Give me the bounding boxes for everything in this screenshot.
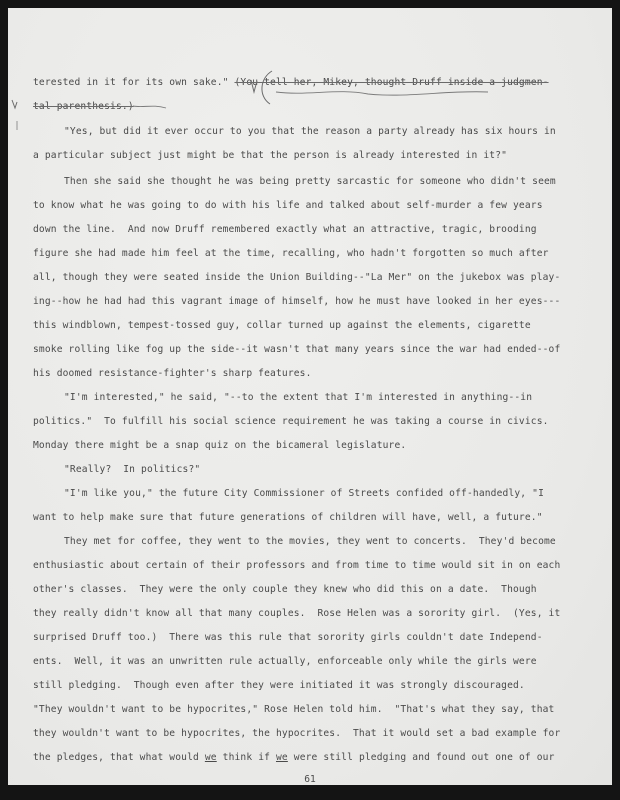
text-line: "I'm interested," he said, "--to the ext… [64, 392, 532, 404]
text-line: "I'm like you," the future City Commissi… [64, 488, 544, 500]
text-line: terested in it for its own sake." (You t… [33, 77, 549, 89]
deleted-passage: (You tell her, Mikey, thought Druff insi… [234, 77, 548, 88]
text-line: ents. Well, it was an unwritten rule act… [33, 656, 537, 668]
underlined-word: we [205, 752, 217, 763]
text-line: down the line. And now Druff remembered … [33, 224, 537, 236]
text-line: this windblown, tempest-tossed guy, coll… [33, 320, 531, 332]
document-page: terested in it for its own sake." (You t… [8, 8, 612, 785]
text-line: tal parenthesis.) [33, 101, 134, 113]
line-text: were still pledging and found out one of… [288, 752, 555, 763]
page-number: 61 [8, 774, 612, 785]
text-line: politics." To fulfill his social science… [33, 416, 549, 428]
deleted-passage-continued: tal parenthesis.) [33, 101, 134, 112]
text-line: surprised Druff too.) There was this rul… [33, 632, 543, 644]
text-line: enthusiastic about certain of their prof… [33, 560, 560, 572]
text-line: they wouldn't want to be hypocrites, the… [33, 728, 560, 740]
text-line: smoke rolling like fog up the side--it w… [33, 344, 560, 356]
underlined-word: we [276, 752, 288, 763]
text-line: they really didn't know all that many co… [33, 608, 560, 620]
line-text: think if [217, 752, 276, 763]
text-line: his doomed resistance-fighter's sharp fe… [33, 368, 312, 380]
text-line: all, though they were seated inside the … [33, 272, 560, 284]
text-line: figure she had made him feel at the time… [33, 248, 549, 260]
text-line: "They wouldn't want to be hypocrites," R… [33, 704, 554, 716]
text-line: Monday there might be a snap quiz on the… [33, 440, 406, 452]
text-line: to know what he was going to do with his… [33, 200, 543, 212]
text-line: "Yes, but did it ever occur to you that … [64, 126, 556, 138]
line-text: the pledges, that what would [33, 752, 205, 763]
text-line: other's classes. They were the only coup… [33, 584, 537, 596]
text-line: Then she said she thought he was being p… [64, 176, 556, 188]
text-line: "Really? In politics?" [64, 464, 200, 476]
text-line: ing--how he had had this vagrant image o… [33, 296, 560, 308]
text-line: a particular subject just might be that … [33, 150, 507, 162]
text-line: They met for coffee, they went to the mo… [64, 536, 556, 548]
text-line: still pledging. Though even after they w… [33, 680, 525, 692]
text-line: the pledges, that what would we think if… [33, 752, 555, 764]
text-line: want to help make sure that future gener… [33, 512, 543, 524]
line-text: terested in it for its own sake." [33, 77, 234, 88]
